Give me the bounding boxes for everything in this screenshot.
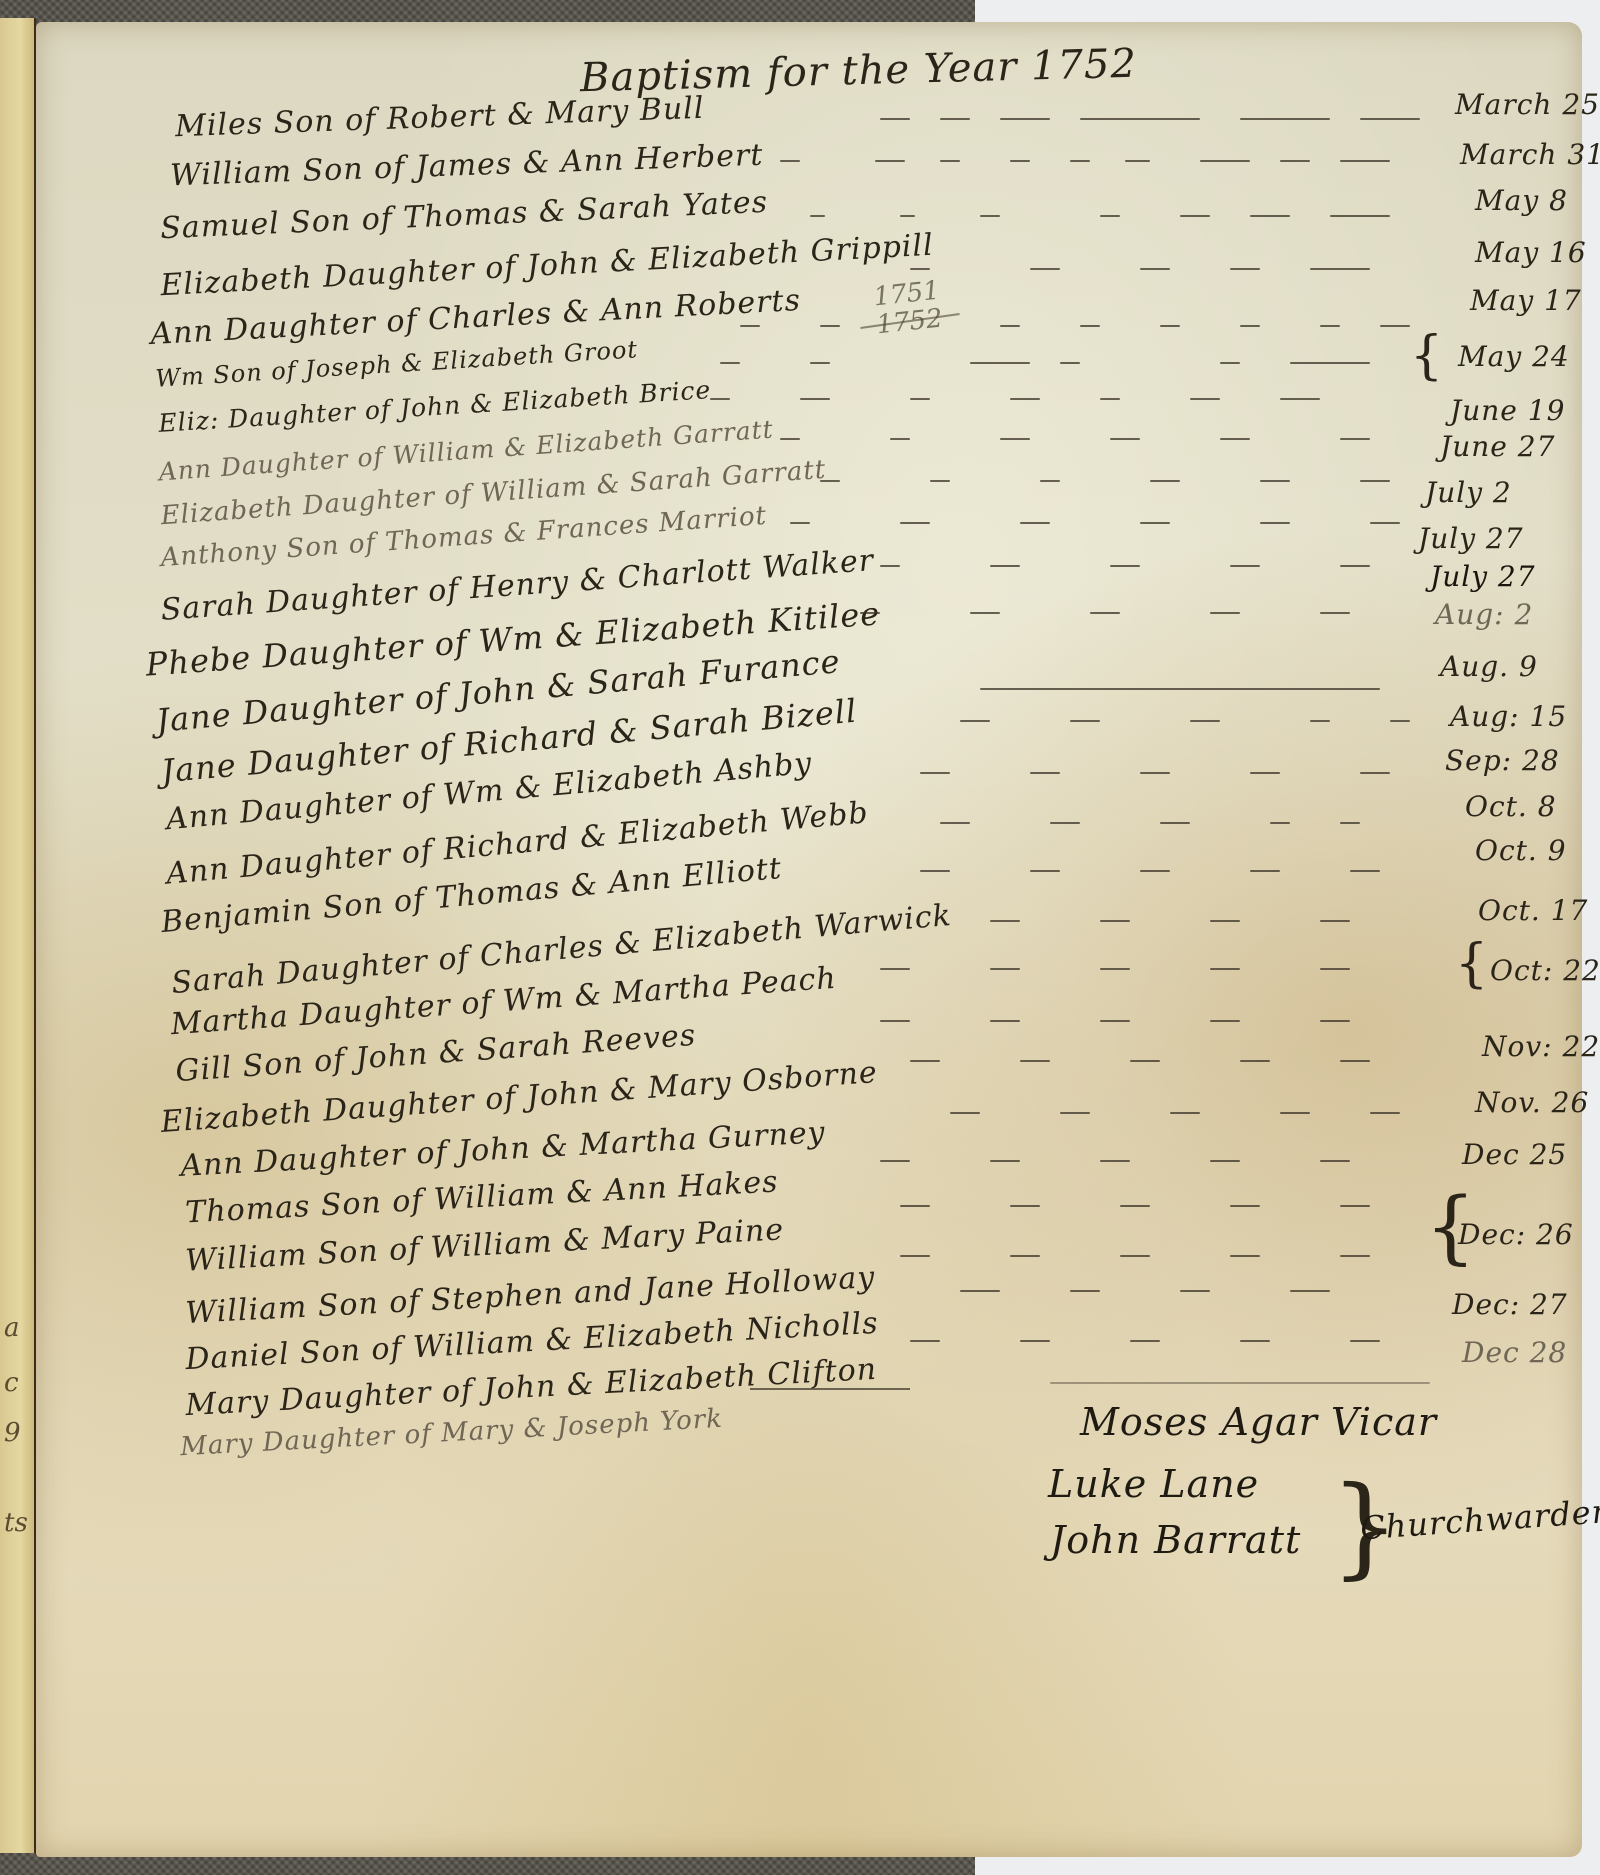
dash-leader <box>910 268 1440 270</box>
dash-leader <box>950 1112 1420 1114</box>
dash-leader <box>780 438 1420 440</box>
dash-leader <box>880 968 1400 970</box>
entry-date: July 2 <box>1425 476 1512 509</box>
entry-date: Oct: 22 <box>1490 954 1600 987</box>
facing-page-mark: 9 <box>4 1418 21 1448</box>
dash-leader <box>980 688 1400 690</box>
dash-leader <box>990 920 1410 922</box>
entry-date: May 16 <box>1475 236 1587 269</box>
facing-page-mark: a <box>4 1313 20 1343</box>
dash-leader <box>880 1020 1400 1022</box>
dash-leader <box>860 612 1420 614</box>
entry-date: Dec: 27 <box>1452 1288 1568 1321</box>
entry-date: Dec: 26 <box>1458 1218 1574 1251</box>
entry-date: Dec 25 <box>1462 1138 1567 1171</box>
dash-leader <box>920 772 1400 774</box>
entry-date: June 19 <box>1450 394 1565 427</box>
facing-page-mark: c <box>4 1368 19 1398</box>
dash-leader <box>740 325 1440 327</box>
dash-leader <box>900 1205 1410 1207</box>
entry-date: June 27 <box>1440 430 1555 463</box>
dash-leader <box>790 522 1420 524</box>
entry-date: Oct. 8 <box>1465 790 1557 823</box>
entry-date: March 31 <box>1460 138 1600 171</box>
entry-date: Nov. 26 <box>1475 1086 1589 1119</box>
dash-leader <box>880 565 1420 567</box>
dash-leader <box>940 822 1400 824</box>
entry-date: Aug: 2 <box>1435 598 1533 631</box>
entry-date: July 27 <box>1418 522 1524 555</box>
facing-page-mark: ts <box>4 1508 28 1538</box>
churchwarden-signature: Luke Lane <box>1048 1462 1259 1506</box>
dash-leader <box>960 1290 1400 1292</box>
entry-date: Dec 28 <box>1462 1336 1567 1369</box>
entry-date: May 24 <box>1458 340 1570 373</box>
dash-leader <box>810 215 1440 217</box>
dash-leader <box>710 398 1430 400</box>
entry-date: Oct. 9 <box>1475 834 1567 867</box>
entry-date: July 27 <box>1430 560 1536 593</box>
dash-leader <box>720 362 1440 364</box>
dash-leader <box>880 118 1440 120</box>
entry-date: Aug: 15 <box>1450 700 1567 733</box>
dash-leader <box>910 1340 1400 1342</box>
dash-leader <box>960 720 1420 722</box>
dash-leader <box>880 1160 1410 1162</box>
entry-date: Oct. 17 <box>1478 894 1588 927</box>
churchwarden-signature: John Barratt <box>1050 1518 1301 1562</box>
entry-date: May 17 <box>1470 284 1582 317</box>
vicar-signature: Moses Agar Vicar <box>1080 1400 1437 1444</box>
entry-date: Aug. 9 <box>1440 650 1538 683</box>
entry-end-line <box>750 1388 910 1390</box>
entry-date: Nov: 22 <box>1482 1030 1600 1063</box>
brace-mark: { <box>1455 934 1488 994</box>
dash-leader <box>780 160 1440 162</box>
dash-leader <box>820 480 1420 482</box>
dash-leader <box>910 1060 1410 1062</box>
entry-date: Sep: 28 <box>1445 744 1560 777</box>
entry-date: May 8 <box>1475 184 1568 217</box>
dash-leader <box>1050 1382 1430 1384</box>
facing-page-edge: a c 9 ts <box>0 18 36 1853</box>
entry-date: March 25 <box>1455 88 1600 121</box>
brace-mark: { <box>1410 326 1443 386</box>
dash-leader <box>900 1255 1410 1257</box>
dash-leader <box>920 870 1400 872</box>
margin-year-note: 1751 1752 <box>872 277 944 340</box>
